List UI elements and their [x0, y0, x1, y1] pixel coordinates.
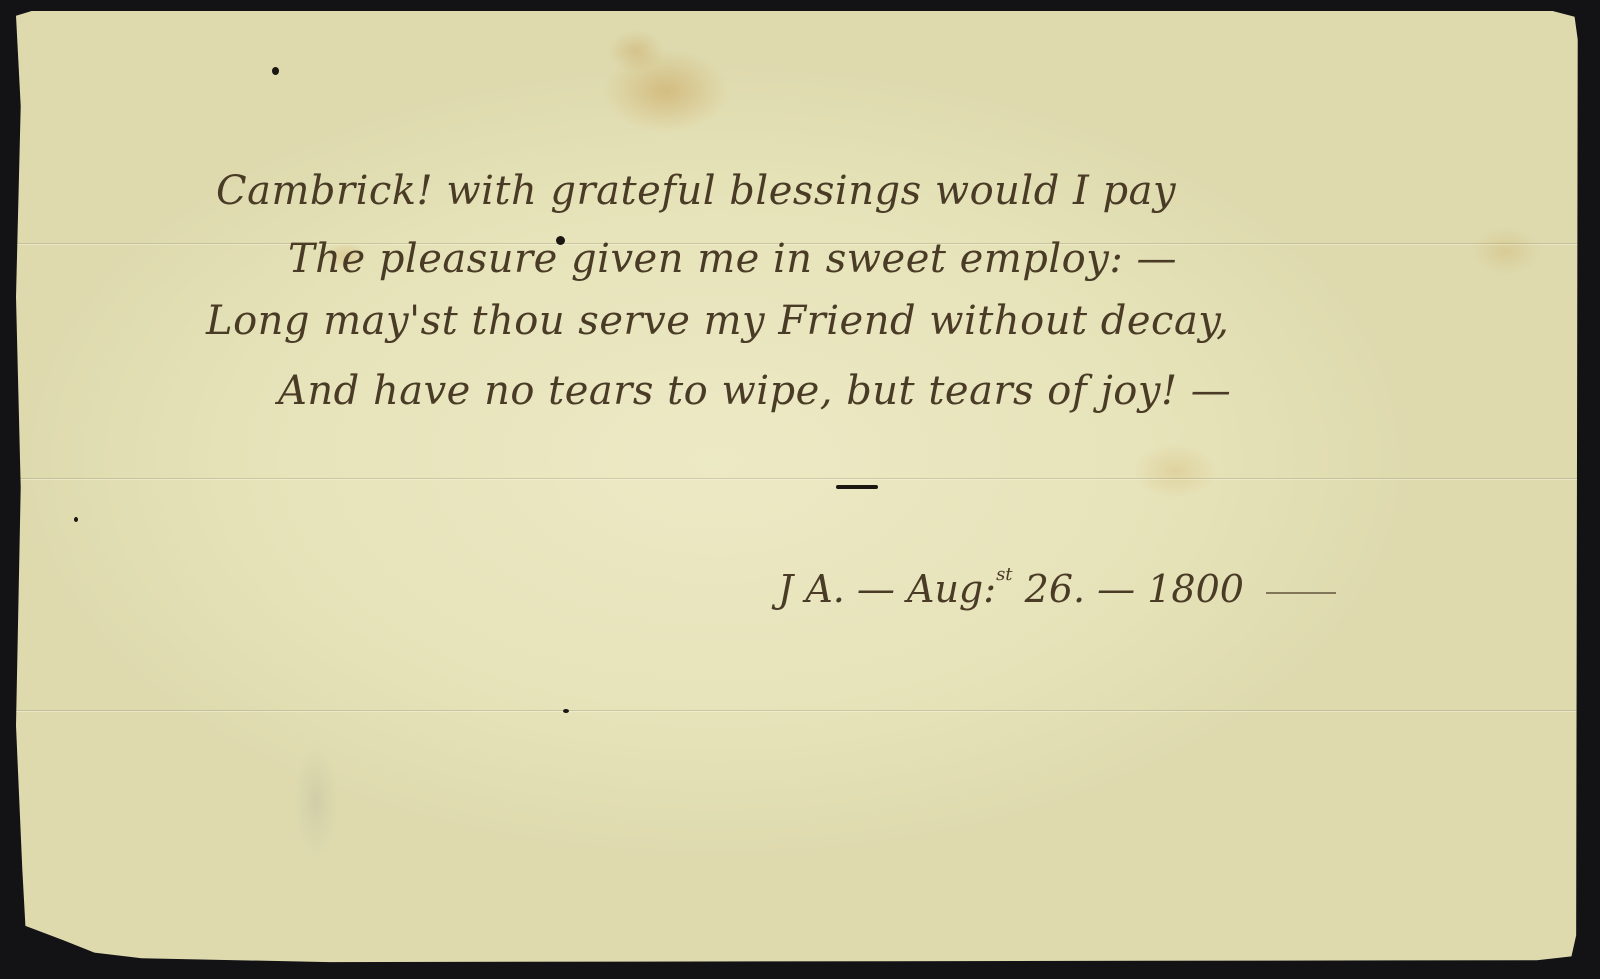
poem-line-1: Cambrick! with grateful blessings would …: [216, 171, 1176, 211]
signature-month: Aug:: [907, 567, 996, 611]
signature-initials: J A. —: [778, 567, 895, 611]
dash-line: [1266, 592, 1336, 594]
document-viewer: Cambrick! with grateful blessings would …: [0, 0, 1600, 979]
poem-line-4-text: And have no tears to wipe, but tears of …: [278, 368, 1231, 414]
signature-date: J A. — Aug:st 26. — 1800: [778, 566, 1336, 608]
poem-line-4: And have no tears to wipe, but tears of …: [278, 371, 1231, 411]
poem-line-2: The pleasure given me in sweet employ: —: [288, 239, 1177, 279]
signature-day: 26.: [1025, 567, 1085, 611]
poem-line-2-text: The pleasure given me in sweet employ: —: [288, 236, 1177, 282]
signature-year: — 1800: [1097, 567, 1244, 611]
poem-line-3: Long may'st thou serve my Friend without…: [206, 301, 1229, 341]
signature-day-suffix: st: [996, 564, 1012, 585]
paper-sheet: Cambrick! with grateful blessings would …: [16, 11, 1584, 964]
poem: Cambrick! with grateful blessings would …: [16, 11, 1584, 964]
